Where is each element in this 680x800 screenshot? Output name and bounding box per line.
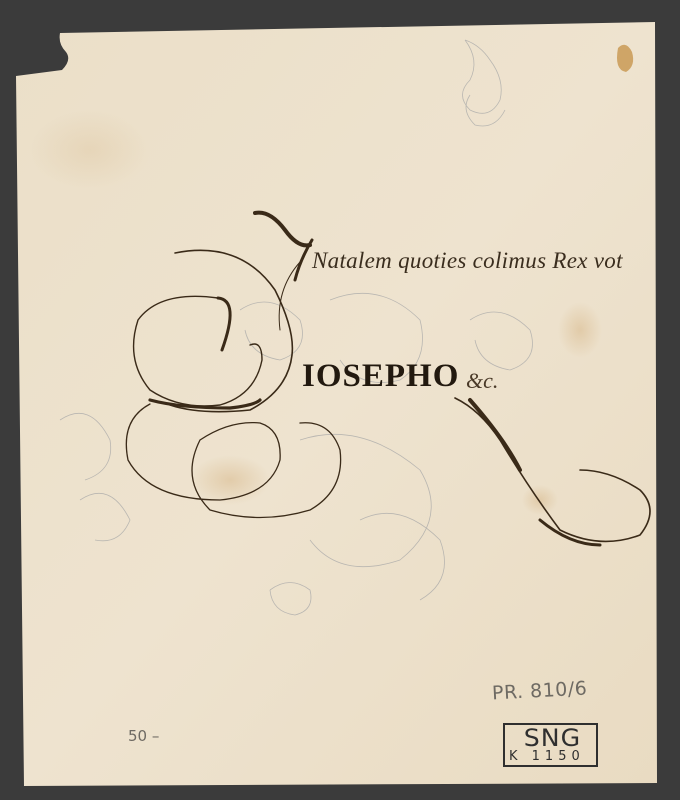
- stamp-catalog-number: K 1150: [509, 750, 585, 764]
- verse-line-1: Natalem quoties colimus Rex vot: [312, 248, 623, 274]
- collection-stamp: SNG K 1150: [503, 723, 598, 767]
- pencil-number: 50 –: [128, 727, 159, 745]
- stamp-institution: SNG: [505, 726, 601, 750]
- dedication-name: IOSEPHO: [302, 358, 459, 395]
- manuscript-page: Natalem quoties colimus Rex vot IOSEPHO …: [0, 0, 680, 800]
- etcetera-mark: &c.: [466, 368, 498, 394]
